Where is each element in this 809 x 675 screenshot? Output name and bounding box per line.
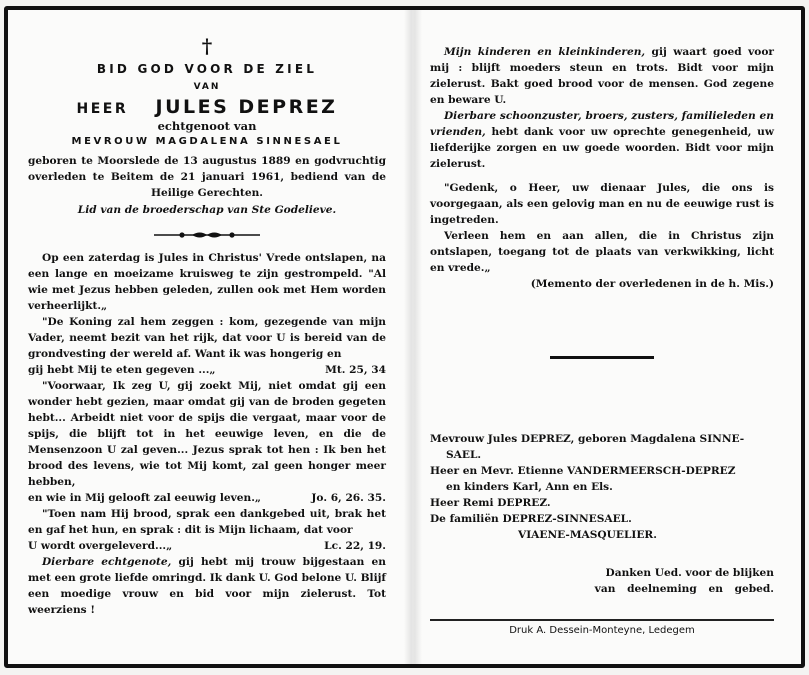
paragraph-3-last-line: en wie in Mij gelooft zal eeuwig leven.„ — [28, 490, 261, 506]
family-list: Mevrouw Jules DEPREZ, geboren Magdalena … — [430, 431, 774, 543]
scripture-ref-jo: Jo. 6, 26. 35. — [311, 490, 386, 506]
ornamental-divider-icon — [28, 230, 386, 240]
family-line-3: Heer Remi DEPREZ. — [430, 495, 774, 511]
family-line-1-cont: SAEL. — [430, 447, 774, 463]
scripture-ref-lc: Lc. 22, 19. — [324, 538, 386, 554]
paragraph-1: Op een zaterdag is Jules in Christus' Vr… — [28, 250, 386, 314]
prayer-heading: BID GOD VOOR DE ZIEL — [28, 62, 386, 76]
family-line-1: Mevrouw Jules DEPREZ, geboren Magdalena … — [430, 431, 774, 447]
paragraph-3-end: en wie in Mij gelooft zal eeuwig leven.„… — [28, 490, 386, 506]
right-paragraph-1-lead: Mijn kinderen en kleinkinderen, — [444, 46, 645, 58]
family-line-2-cont: en kinders Karl, Ann en Els. — [430, 479, 774, 495]
paragraph-4-end: U wordt overgeleverd...„ Lc. 22, 19. — [28, 538, 386, 554]
cross-icon: † — [28, 36, 386, 56]
family-line-4: De familiën DEPREZ-SINNESAEL. — [430, 511, 774, 527]
printer-credit: Druk A. Dessein-Monteyne, Ledegem — [430, 625, 774, 636]
paragraph-2-end: gij hebt Mij te eten gegeven ...„ Mt. 25… — [28, 362, 386, 378]
memorial-card: † BID GOD VOOR DE ZIEL VAN HEER JULES DE… — [4, 6, 805, 668]
van-label: VAN — [28, 82, 386, 92]
right-page: Mijn kinderen en kleinkinderen, gij waar… — [430, 10, 774, 664]
name-main: JULES DEPREZ — [156, 96, 338, 118]
spouse-name: MEVROUW MAGDALENA SINNESAEL — [28, 136, 386, 147]
scripture-ref-mt: Mt. 25, 34 — [325, 362, 386, 378]
printer-divider — [430, 619, 774, 621]
family-line-4-cont: VIAENE-MASQUELIER. — [430, 527, 774, 543]
right-paragraph-2: Dierbare schoonzuster, broers, zusters, … — [430, 108, 774, 172]
name-prefix: HEER — [77, 101, 129, 117]
left-page: † BID GOD VOOR DE ZIEL VAN HEER JULES DE… — [28, 10, 386, 664]
paragraph-3: "Voorwaar, Ik zeg U, gij zoekt Mij, niet… — [28, 378, 386, 490]
right-paragraph-1: Mijn kinderen en kleinkinderen, gij waar… — [430, 44, 774, 108]
prayer-source: (Memento der overledenen in de h. Mis.) — [430, 276, 774, 292]
paragraph-5-lead: Dierbare echtgenote, — [42, 556, 171, 568]
paragraph-2: "De Koning zal hem zeggen : kom, gezegen… — [28, 314, 386, 362]
card-fold — [404, 10, 422, 664]
birth-death-text: geboren te Moorslede de 13 augustus 1889… — [28, 153, 386, 185]
spouse-of-label: echtgenoot van — [28, 119, 386, 133]
membership-text: Lid van de broederschap van Ste Godeliev… — [28, 204, 386, 216]
paragraph-2-last-line: gij hebt Mij te eten gegeven ...„ — [28, 362, 215, 378]
paragraph-4: "Toen nam Hij brood, sprak een dankgebed… — [28, 506, 386, 538]
right-paragraph-3: "Gedenk, o Heer, uw dienaar Jules, die o… — [430, 180, 774, 228]
deceased-name: HEER JULES DEPREZ — [28, 96, 386, 118]
right-paragraph-4: Verleen hem en aan allen, die in Christu… — [430, 228, 774, 276]
family-line-2: Heer en Mevr. Etienne VANDERMEERSCH-DEPR… — [430, 463, 774, 479]
thanks-line-1: Danken Ued. voor de blijken — [430, 565, 774, 581]
paragraph-4-last-line: U wordt overgeleverd...„ — [28, 538, 172, 554]
paragraph-5: Dierbare echtgenote, gij hebt mij trouw … — [28, 554, 386, 618]
thanks-line-2: van deelneming en gebed. — [430, 581, 774, 597]
sacraments-text: Heilige Gerechten. — [28, 185, 386, 201]
